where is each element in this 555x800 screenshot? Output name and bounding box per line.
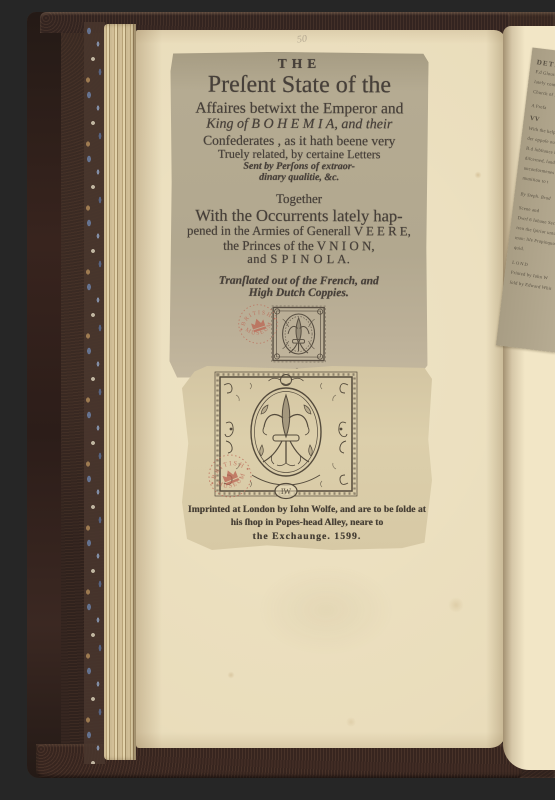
title-line: Sent by Perſons of extraor-: [170, 161, 428, 173]
photo-background: { "colors": { "background": "#262626", "…: [0, 0, 555, 800]
pencil-folio-number-50: 50: [296, 33, 307, 45]
gutter-page-edges: [104, 24, 136, 760]
book-spine: [27, 12, 61, 778]
title-line: Affaires betwixt the Emperor and: [170, 100, 428, 117]
title-line: THE: [171, 57, 429, 72]
title-line: Truely related, by certaine Letters: [170, 148, 428, 162]
imprint-line: the Exchaunge. 1599.: [182, 531, 432, 542]
title-line: Together: [170, 192, 428, 207]
device-initials: IW: [281, 487, 292, 496]
title-line: and S P I N O L A.: [170, 252, 428, 266]
title-line: Preſent State of the: [170, 73, 428, 99]
title-line: dinary qualitie, &c.: [170, 172, 428, 184]
title-line: the Princes of the V N I O N,: [170, 238, 428, 253]
title-line: With the Occurrents lately hap-: [170, 206, 428, 224]
imprint-line: Imprinted at London by Iohn Wolfe, and a…: [182, 505, 432, 516]
title-line: Tranſlated out of the French, and: [170, 274, 428, 287]
marbled-endpaper-strip: [84, 22, 105, 764]
title-line: King of B O H E M I A, and their: [170, 118, 428, 134]
imprint-line: his ſhop in Popes-head Alley, neare to: [182, 518, 432, 529]
pasted-title-page-1620: THE Preſent State of the Affaires betwix…: [169, 52, 428, 379]
title-line: High Dutch Coppies.: [170, 287, 428, 300]
